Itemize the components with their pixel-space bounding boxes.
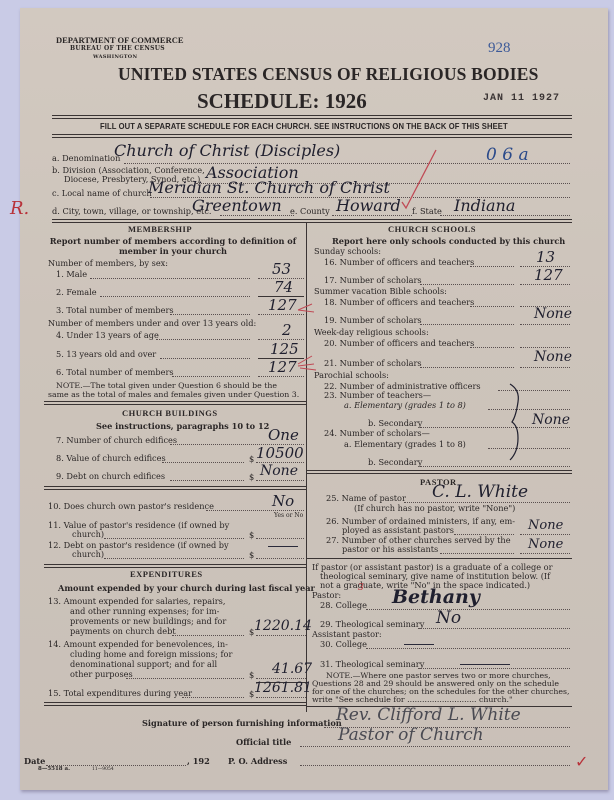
q15-value[interactable]: 1261.81	[254, 680, 312, 696]
buildings-divider	[44, 564, 306, 568]
expenditures-intro: Amount expended by your church during la…	[58, 583, 315, 593]
residence-debt-dash	[268, 546, 298, 547]
city-line	[220, 215, 294, 216]
total-by-age-value[interactable]: 127	[268, 358, 297, 376]
q25-value[interactable]: C. L. White	[432, 482, 528, 502]
q17-line	[420, 284, 514, 285]
q30-label: 30. College	[320, 639, 367, 649]
edifices-debt-value[interactable]: None	[260, 463, 298, 479]
header-divider	[52, 115, 572, 119]
yes-no-hint: Yes or No	[274, 512, 303, 519]
q21-value[interactable]: None	[534, 349, 572, 365]
q13-line-1: 13. Amount expended for salaries, repair…	[48, 596, 225, 606]
county-line	[332, 215, 412, 216]
under-13-label: 4. Under 13 years of age	[56, 330, 159, 340]
q16-value[interactable]: 13	[536, 248, 555, 266]
edifices-debt-label: 9. Debt on church edifices	[56, 471, 165, 481]
residence-value-answer-line	[256, 538, 304, 539]
total-members-value[interactable]: 127	[268, 296, 297, 314]
membership-divider	[44, 401, 306, 405]
q14-line-1: 14. Amount expended for benevolences, in…	[48, 639, 228, 649]
official-title-value[interactable]: Pastor of Church	[338, 725, 484, 745]
pastor-note-4: write "See schedule for ................…	[312, 695, 513, 705]
summer-label: Summer vacation Bible schools:	[314, 286, 447, 296]
q15-answer-line	[256, 697, 306, 698]
q19-line	[420, 324, 514, 325]
parochial-label: Parochial schools:	[314, 370, 389, 380]
r-mark: R.	[10, 198, 29, 219]
edifices-count-value[interactable]: One	[268, 426, 299, 444]
over-13-line	[160, 358, 250, 359]
q23b-label: b. Secondary	[368, 418, 422, 428]
pastor-divider	[306, 558, 572, 559]
q19-value[interactable]: None	[534, 306, 572, 322]
pastor-subheading: Pastor:	[312, 590, 341, 600]
edifices-value-line	[162, 462, 244, 463]
signature-value[interactable]: Rev. Clifford L. White	[336, 705, 521, 725]
date-received-stamp: JAN 11 1927	[483, 93, 560, 104]
residence-debt-dollar: $	[249, 550, 254, 560]
total-by-age-label: 6. Total number of members	[56, 367, 174, 377]
schedule-title: SCHEDULE: 1926	[197, 89, 367, 114]
total-members-label: 3. Total number of members	[56, 305, 174, 315]
parochial-value[interactable]: None	[532, 412, 570, 428]
membership-intro-2: member in your church	[48, 246, 298, 256]
female-value[interactable]: 74	[274, 278, 293, 296]
q17-answer-line	[520, 284, 570, 285]
official-title-label: Official title	[236, 737, 291, 747]
buildings-intro: See instructions, paragraphs 10 to 12	[96, 421, 269, 431]
q19-answer-line	[520, 324, 570, 325]
edifices-debt-line	[170, 480, 244, 481]
local-name-label: c. Local name of church	[52, 188, 152, 198]
state-line	[440, 215, 570, 216]
edifices-value-label: 8. Value of church edifices	[56, 453, 166, 463]
q15-label: 15. Total expenditures during year	[48, 688, 192, 698]
q28-line	[366, 609, 570, 610]
q23a-label: a. Elementary (grades 1 to 8)	[344, 400, 466, 410]
city-value[interactable]: Greentown	[192, 196, 282, 215]
male-label: 1. Male	[56, 269, 87, 279]
q29-label: 29. Theological seminary	[320, 619, 424, 629]
under-13-line	[156, 339, 250, 340]
female-line	[100, 296, 250, 297]
q29-value[interactable]: No	[436, 608, 461, 628]
q20-answer-line	[520, 347, 570, 348]
city-label: d. City, town, village, or township, etc…	[52, 206, 212, 216]
buildings-mid-divider	[44, 486, 306, 490]
total-members-line	[170, 314, 250, 315]
q24b-line	[420, 466, 570, 467]
q24a-label: a. Elementary (grades 1 to 8)	[344, 439, 466, 449]
edifices-count-label: 7. Number of church edifices	[56, 435, 177, 445]
q24b-label: b. Secondary	[368, 457, 422, 467]
sunday-label: Sunday schools:	[314, 246, 381, 256]
department-label: DEPARTMENT OF COMMERCE	[56, 35, 184, 45]
q21-label: 21. Number of scholars	[324, 358, 422, 368]
q18-label: 18. Number of officers and teachers	[324, 297, 474, 307]
q24-label: 24. Number of scholars—	[324, 428, 430, 438]
red-check-stroke	[400, 148, 440, 214]
q16-label: 16. Number of officers and teachers	[324, 257, 474, 267]
edifices-value-value[interactable]: 10500	[256, 444, 304, 462]
q14-value[interactable]: 41.67	[272, 661, 312, 677]
owns-residence-label: 10. Does church own pastor's residence	[48, 501, 214, 511]
q23a-line	[488, 409, 570, 410]
q17-value[interactable]: 127	[534, 266, 563, 284]
schools-title: CHURCH SCHOOLS	[388, 224, 476, 234]
local-name-value[interactable]: Meridian St. Church of Christ	[148, 178, 390, 197]
residence-debt-line	[104, 558, 244, 559]
q14-dollar: $	[249, 670, 254, 680]
q13-answer-line	[256, 635, 306, 636]
q31-line	[418, 668, 570, 669]
q20-label: 20. Number of officers and teachers	[324, 338, 474, 348]
q14-answer-line	[256, 678, 306, 679]
form-number: 8—5518 a.	[38, 766, 70, 772]
q13-line-4: payments on church debt	[70, 626, 176, 636]
state-value[interactable]: Indiana	[454, 196, 515, 215]
q14-line-3: denominational support; and for all	[70, 659, 217, 669]
residence-dollar: $	[249, 530, 254, 540]
q24a-line	[488, 448, 570, 449]
schools-intro: Report here only schools conducted by th…	[332, 236, 565, 246]
q13-line	[172, 635, 244, 636]
denomination-label: a. Denomination	[52, 153, 120, 163]
expenditures-divider	[44, 702, 306, 706]
female-label: 2. Female	[56, 287, 97, 297]
banner-divider	[52, 134, 572, 138]
weekday-label: Week-day religious schools:	[314, 327, 429, 337]
over-13-label: 5. 13 years old and over	[56, 349, 156, 359]
red-check-mark: ✓	[575, 752, 588, 771]
residence-value-line	[104, 538, 244, 539]
membership-title: MEMBERSHIP	[128, 224, 192, 234]
assistant-subheading: Assistant pastor:	[312, 629, 382, 639]
residence-debt-answer-line	[256, 558, 304, 559]
owns-residence-line	[206, 510, 304, 511]
q16-line	[470, 266, 514, 267]
q14-line-2: cluding home and foreign missions; for	[70, 649, 232, 659]
q31-dash	[460, 664, 510, 665]
q13-line-3: provements or new buildings; and for	[70, 616, 226, 626]
identity-divider	[52, 219, 572, 223]
q28-label: 28. College	[320, 600, 367, 610]
q23-label: 23. Number of teachers—	[324, 390, 431, 400]
q25-label: 25. Name of pastor	[326, 493, 406, 503]
schools-divider	[306, 470, 572, 474]
q30-line	[366, 648, 570, 649]
year-suffix: , 192	[187, 756, 210, 766]
q25-note: (If church has no pastor, write "None")	[354, 503, 515, 513]
q18-line	[470, 306, 514, 307]
red-tick-marks	[294, 298, 320, 378]
mark-3: 3	[358, 583, 364, 593]
membership-note-2: same as the total of males and females g…	[48, 390, 299, 400]
form-title: UNITED STATES CENSUS OF RELIGIOUS BODIES	[118, 64, 539, 85]
q21-line	[420, 367, 514, 368]
buildings-title: CHURCH BUILDINGS	[122, 408, 218, 418]
q30-dash	[404, 644, 434, 645]
expenditures-title: EXPENDITURES	[130, 569, 203, 579]
county-value[interactable]: Howard	[336, 196, 401, 215]
instruction-banner: FILL OUT A SEPARATE SCHEDULE FOR EACH CH…	[100, 121, 508, 131]
brace-mark	[506, 382, 528, 462]
debt-dollar: $	[249, 472, 254, 482]
q29-line	[418, 628, 570, 629]
po-address-label: P. O. Address	[228, 756, 287, 766]
residence-value-label-2: church)	[72, 529, 104, 539]
under-13-value[interactable]: 2	[282, 321, 292, 339]
stamp-number: 928	[488, 40, 511, 57]
print-number: 11—9054	[92, 767, 114, 772]
q28-value[interactable]: Bethany	[392, 586, 480, 608]
q26-label-2: ployed as assistant pastors	[342, 525, 454, 535]
q21-answer-line	[520, 367, 570, 368]
bureau-label: BUREAU OF THE CENSUS	[70, 45, 165, 52]
q27-value[interactable]: None	[528, 537, 563, 552]
q14-line	[126, 678, 244, 679]
census-form-sheet: DEPARTMENT OF COMMERCE BUREAU OF THE CEN…	[20, 8, 608, 790]
po-address-line	[300, 765, 570, 766]
q27-answer-line	[520, 553, 570, 554]
q13-value[interactable]: 1220.14	[254, 618, 312, 634]
date-label: Date	[24, 756, 45, 766]
code-mark: 0 6 a	[486, 145, 529, 165]
q31-label: 31. Theological seminary	[320, 659, 424, 669]
q27-label-2: pastor or his assistants	[342, 544, 438, 554]
q20-line	[470, 347, 514, 348]
q17-label: 17. Number of scholars	[324, 275, 422, 285]
male-value[interactable]: 53	[272, 260, 291, 278]
signature-label: Signature of person furnishing informati…	[142, 718, 342, 728]
membership-intro-1: Report number of members according to de…	[48, 236, 298, 246]
city-label: WASHINGTON	[93, 54, 137, 60]
q14-line-4: other purposes	[70, 669, 133, 679]
by-age-label: Number of members under and over 13 year…	[48, 318, 256, 328]
q15-line	[182, 697, 244, 698]
q26-answer-line	[520, 534, 570, 535]
edifices-debt-answer-line	[256, 480, 304, 481]
official-title-line	[300, 746, 570, 747]
q27-line	[440, 553, 514, 554]
q13-line-2: and other running expenses; for im-	[70, 606, 219, 616]
q26-value[interactable]: None	[528, 518, 563, 533]
denomination-value[interactable]: Church of Christ (Disciples)	[114, 141, 340, 160]
total-by-age-line	[172, 376, 250, 377]
by-sex-label: Number of members, by sex:	[48, 258, 168, 268]
column-divider	[306, 222, 307, 712]
male-line	[90, 278, 250, 279]
residence-debt-label-2: church)	[72, 549, 104, 559]
q19-label: 19. Number of scholars	[324, 315, 422, 325]
owns-residence-value[interactable]: No	[272, 492, 294, 510]
edifices-dollar: $	[249, 454, 254, 464]
county-label: e. County	[290, 206, 330, 216]
